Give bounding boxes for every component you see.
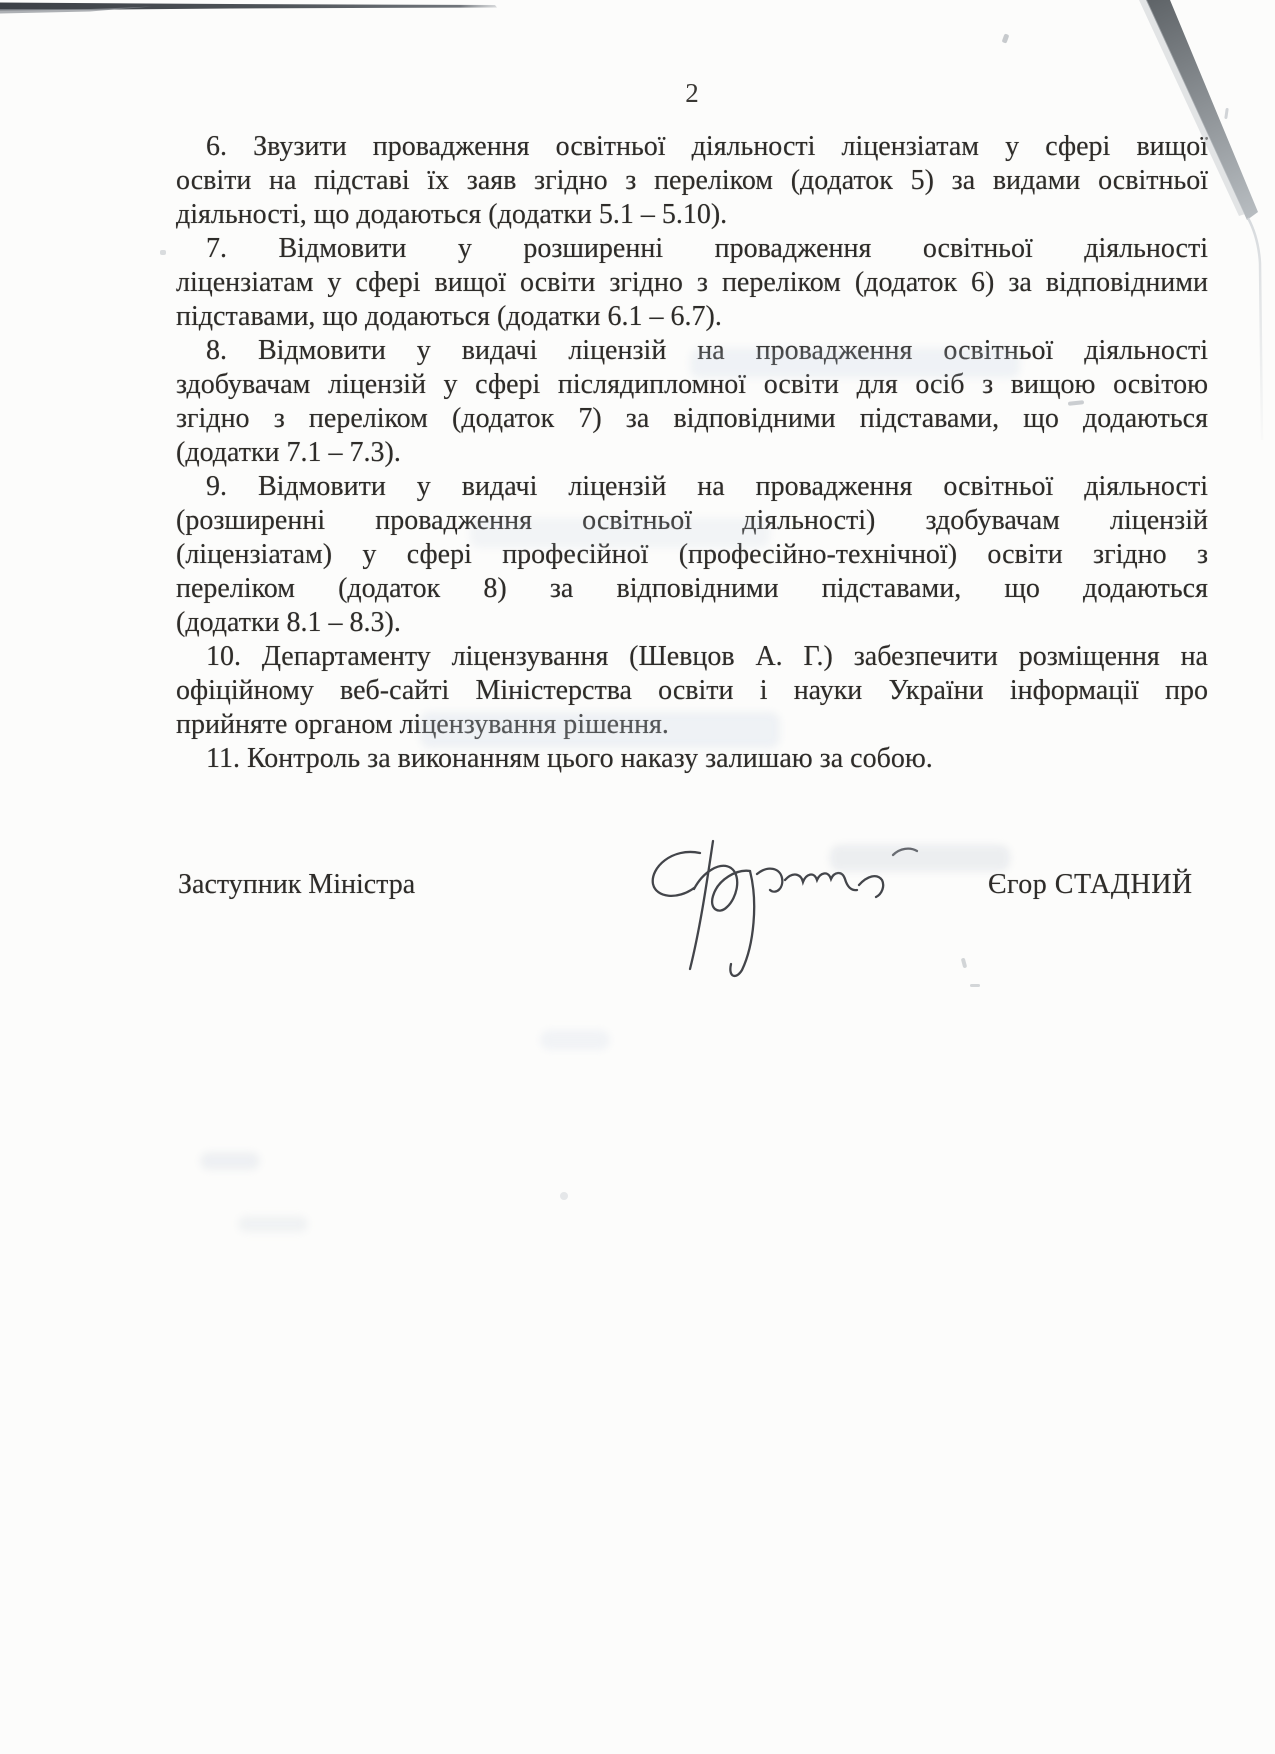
doc-line: (ліцензіатам) у сфері професійної (профе… bbox=[176, 538, 1208, 572]
signatory-name: Єгор СТАДНИЙ bbox=[988, 869, 1212, 901]
doc-line: (додатки 8.1 – 8.3). bbox=[176, 606, 1208, 640]
scan-smudge bbox=[200, 1152, 260, 1170]
scan-smudge bbox=[830, 845, 1010, 871]
doc-line: здобувачам ліцензій у сфері післядипломн… bbox=[176, 368, 1208, 402]
doc-line: 9. Відмовити у видачі ліцензій на провад… bbox=[176, 470, 1208, 504]
scan-speckle bbox=[1224, 108, 1229, 119]
scan-smudge bbox=[238, 1216, 308, 1232]
doc-line: 6. Звузити провадження освітньої діяльно… bbox=[176, 130, 1208, 164]
scan-smudge bbox=[540, 1030, 610, 1050]
scanned-document-page: { "page_number": "2", "document": { "par… bbox=[0, 0, 1275, 1754]
scan-artifact-page-edge bbox=[1248, 218, 1262, 440]
doc-line: згідно з переліком (додаток 7) за відпов… bbox=[176, 402, 1208, 436]
doc-line: 7. Відмовити у розширенні провадження ос… bbox=[176, 232, 1208, 266]
doc-line: офіційному веб-сайті Міністерства освіти… bbox=[176, 674, 1208, 708]
doc-line: переліком (додаток 8) за відповідними пі… bbox=[176, 572, 1208, 606]
scan-speckle bbox=[961, 958, 967, 969]
scan-speckle bbox=[160, 250, 166, 255]
scan-artifact-top-streak bbox=[0, 3, 497, 11]
paragraph-item-11: 11. Контроль за виконанням цього наказу … bbox=[176, 742, 1208, 776]
doc-line: 11. Контроль за виконанням цього наказу … bbox=[176, 742, 1208, 776]
paragraph-item-7: 7. Відмовити у розширенні провадження ос… bbox=[176, 232, 1208, 334]
scan-speckle bbox=[1002, 33, 1010, 43]
doc-line: 10. Департаменту ліцензування (Шевцов А.… bbox=[176, 640, 1208, 674]
paragraph-item-9: 9. Відмовити у видачі ліцензій на провад… bbox=[176, 470, 1208, 640]
doc-line: освіти на підставі їх заяв згідно з пере… bbox=[176, 164, 1208, 198]
paragraph-item-8: 8. Відмовити у видачі ліцензій на провад… bbox=[176, 334, 1208, 470]
doc-line: підставами, що додаються (додатки 6.1 – … bbox=[176, 300, 1208, 334]
doc-line: (розширенні провадження освітньої діяльн… bbox=[176, 504, 1208, 538]
page-number: 2 bbox=[176, 78, 1208, 108]
doc-line: 8. Відмовити у видачі ліцензій на провад… bbox=[176, 334, 1208, 368]
doc-line: діяльності, що додаються (додатки 5.1 – … bbox=[176, 198, 1208, 232]
paragraph-item-10: 10. Департаменту ліцензування (Шевцов А.… bbox=[176, 640, 1208, 742]
scan-artifact-top-streak-echo bbox=[0, 7, 152, 14]
doc-line: ліцензіатам у сфері вищої освіти згідно … bbox=[176, 266, 1208, 300]
doc-line: прийняте органом ліцензування рішення. bbox=[176, 708, 1208, 742]
paragraph-item-6: 6. Звузити провадження освітньої діяльно… bbox=[176, 130, 1208, 232]
scan-speckle bbox=[970, 984, 980, 987]
document-body: 6. Звузити провадження освітньої діяльно… bbox=[176, 130, 1208, 776]
scan-speckle bbox=[560, 1192, 568, 1200]
doc-line: (додатки 7.1 – 7.3). bbox=[176, 436, 1208, 470]
signatory-title: Заступник Міністра bbox=[178, 869, 415, 901]
